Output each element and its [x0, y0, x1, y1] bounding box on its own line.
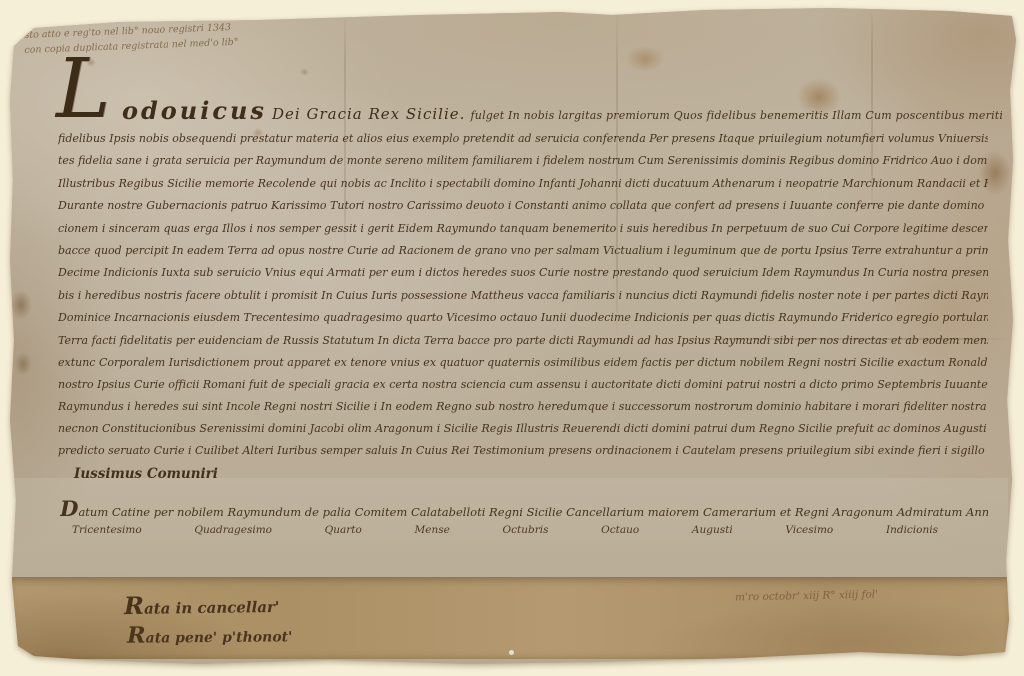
date-word: Quarto — [325, 524, 362, 536]
charter-body-line: Decime Indicionis Iuxta sub seruicio Vni… — [58, 266, 988, 284]
dateline-filled-blanks: Tricentesimo Quadragesimo Quarto Mense O… — [72, 524, 938, 536]
charter-body-line: Illustribus Regibus Sicilie memorie Reco… — [58, 177, 988, 195]
charter-body-line: necnon Constitucionibus Serenissimi domi… — [58, 422, 988, 440]
charter-body-line: bis i heredibus nostris facere obtulit i… — [58, 289, 988, 307]
charter-body-line: cionem i sinceram quas erga Illos i nos … — [58, 222, 988, 240]
decorated-initial-L: L — [56, 50, 110, 130]
date-word: Vicesimo — [785, 524, 833, 536]
date-word: Indicionis — [886, 524, 938, 536]
parchment-wrap: q'sto atto e reg'to nel lib° nouo regist… — [0, 0, 1024, 676]
chancery-note-cancellaria: Rata in cancellar' — [124, 589, 280, 620]
registration-note: m'ro octobr' xiij R° xiiij fol' — [735, 589, 878, 604]
manuscript-photo: q'sto atto e reg'to nel lib° nouo regist… — [0, 0, 1024, 676]
opening-rest: fulget In nobis largitas premiorum Quos … — [471, 109, 1002, 122]
intitulatio-style: Dei Gracia Rex Sicilie. — [272, 105, 465, 123]
charter-opening-line: odouicus Dei Gracia Rex Sicilie. fulget … — [122, 96, 1002, 125]
dateline: Datum Catine per nobilem Raymundum de pa… — [60, 497, 988, 519]
parchment: q'sto atto e reg'to nel lib° nouo regist… — [0, 0, 1024, 676]
date-word: Tricentesimo — [72, 524, 142, 536]
charter-body-line: tes fidelia sane i grata seruicia per Ra… — [58, 154, 988, 172]
date-word: Octubris — [503, 524, 549, 536]
intitulatio: odouicus — [122, 96, 267, 125]
charter-body-line: Terra facti fidelitatis per euidenciam d… — [58, 334, 988, 352]
chancery-note-prothonotary: Rata pene' p'thonot' — [127, 621, 293, 648]
charter-body-line: nostro Ipsius Curie officii Romani fuit … — [58, 378, 988, 396]
date-word: Augusti — [692, 524, 733, 536]
charter-body-line: fidelibus Ipsis nobis obsequendi prestat… — [58, 132, 988, 150]
date-word: Mense — [415, 524, 450, 536]
charter-body-line: Durante nostre Gubernacionis patruo Kari… — [58, 199, 988, 217]
charter-body-line: bacce quod percipit In eadem Terra ad op… — [58, 244, 988, 262]
charter-body-line: extunc Corporalem Iurisdictionem prout a… — [58, 356, 988, 374]
charter-body-line: Raymundus i heredes sui sint Incole Regn… — [58, 400, 988, 418]
charter-text-layer: q'sto atto e reg'to nel lib° nouo regist… — [0, 0, 1024, 676]
corroboration-clause: Iussimus Comuniri — [74, 466, 218, 482]
date-word: Quadragesimo — [194, 524, 272, 536]
date-word: Octauo — [601, 524, 639, 536]
charter-body-line: predicto seruato Curie i Cuilibet Alteri… — [58, 444, 988, 462]
charter-body-line: Dominice Incarnacionis eiusdem Trecentes… — [58, 311, 988, 329]
archivist-note: q'sto atto e reg'to nel lib° nouo regist… — [16, 20, 239, 59]
